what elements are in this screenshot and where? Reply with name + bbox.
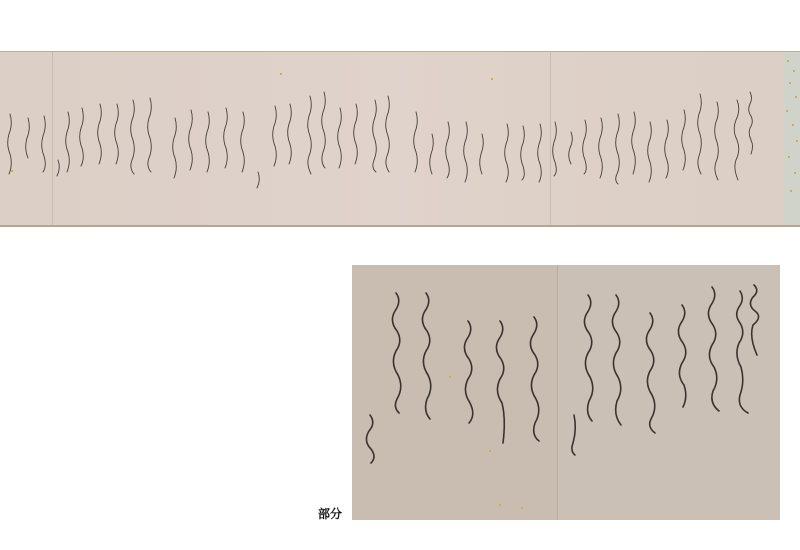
scroll-mount-edge bbox=[784, 52, 800, 225]
scroll-paper bbox=[0, 52, 784, 225]
scroll-calligraphy bbox=[0, 52, 784, 228]
detail-caption: 部分 bbox=[318, 505, 342, 522]
detail-calligraphy bbox=[352, 265, 780, 520]
detail-view bbox=[352, 265, 780, 520]
handscroll bbox=[0, 51, 800, 227]
